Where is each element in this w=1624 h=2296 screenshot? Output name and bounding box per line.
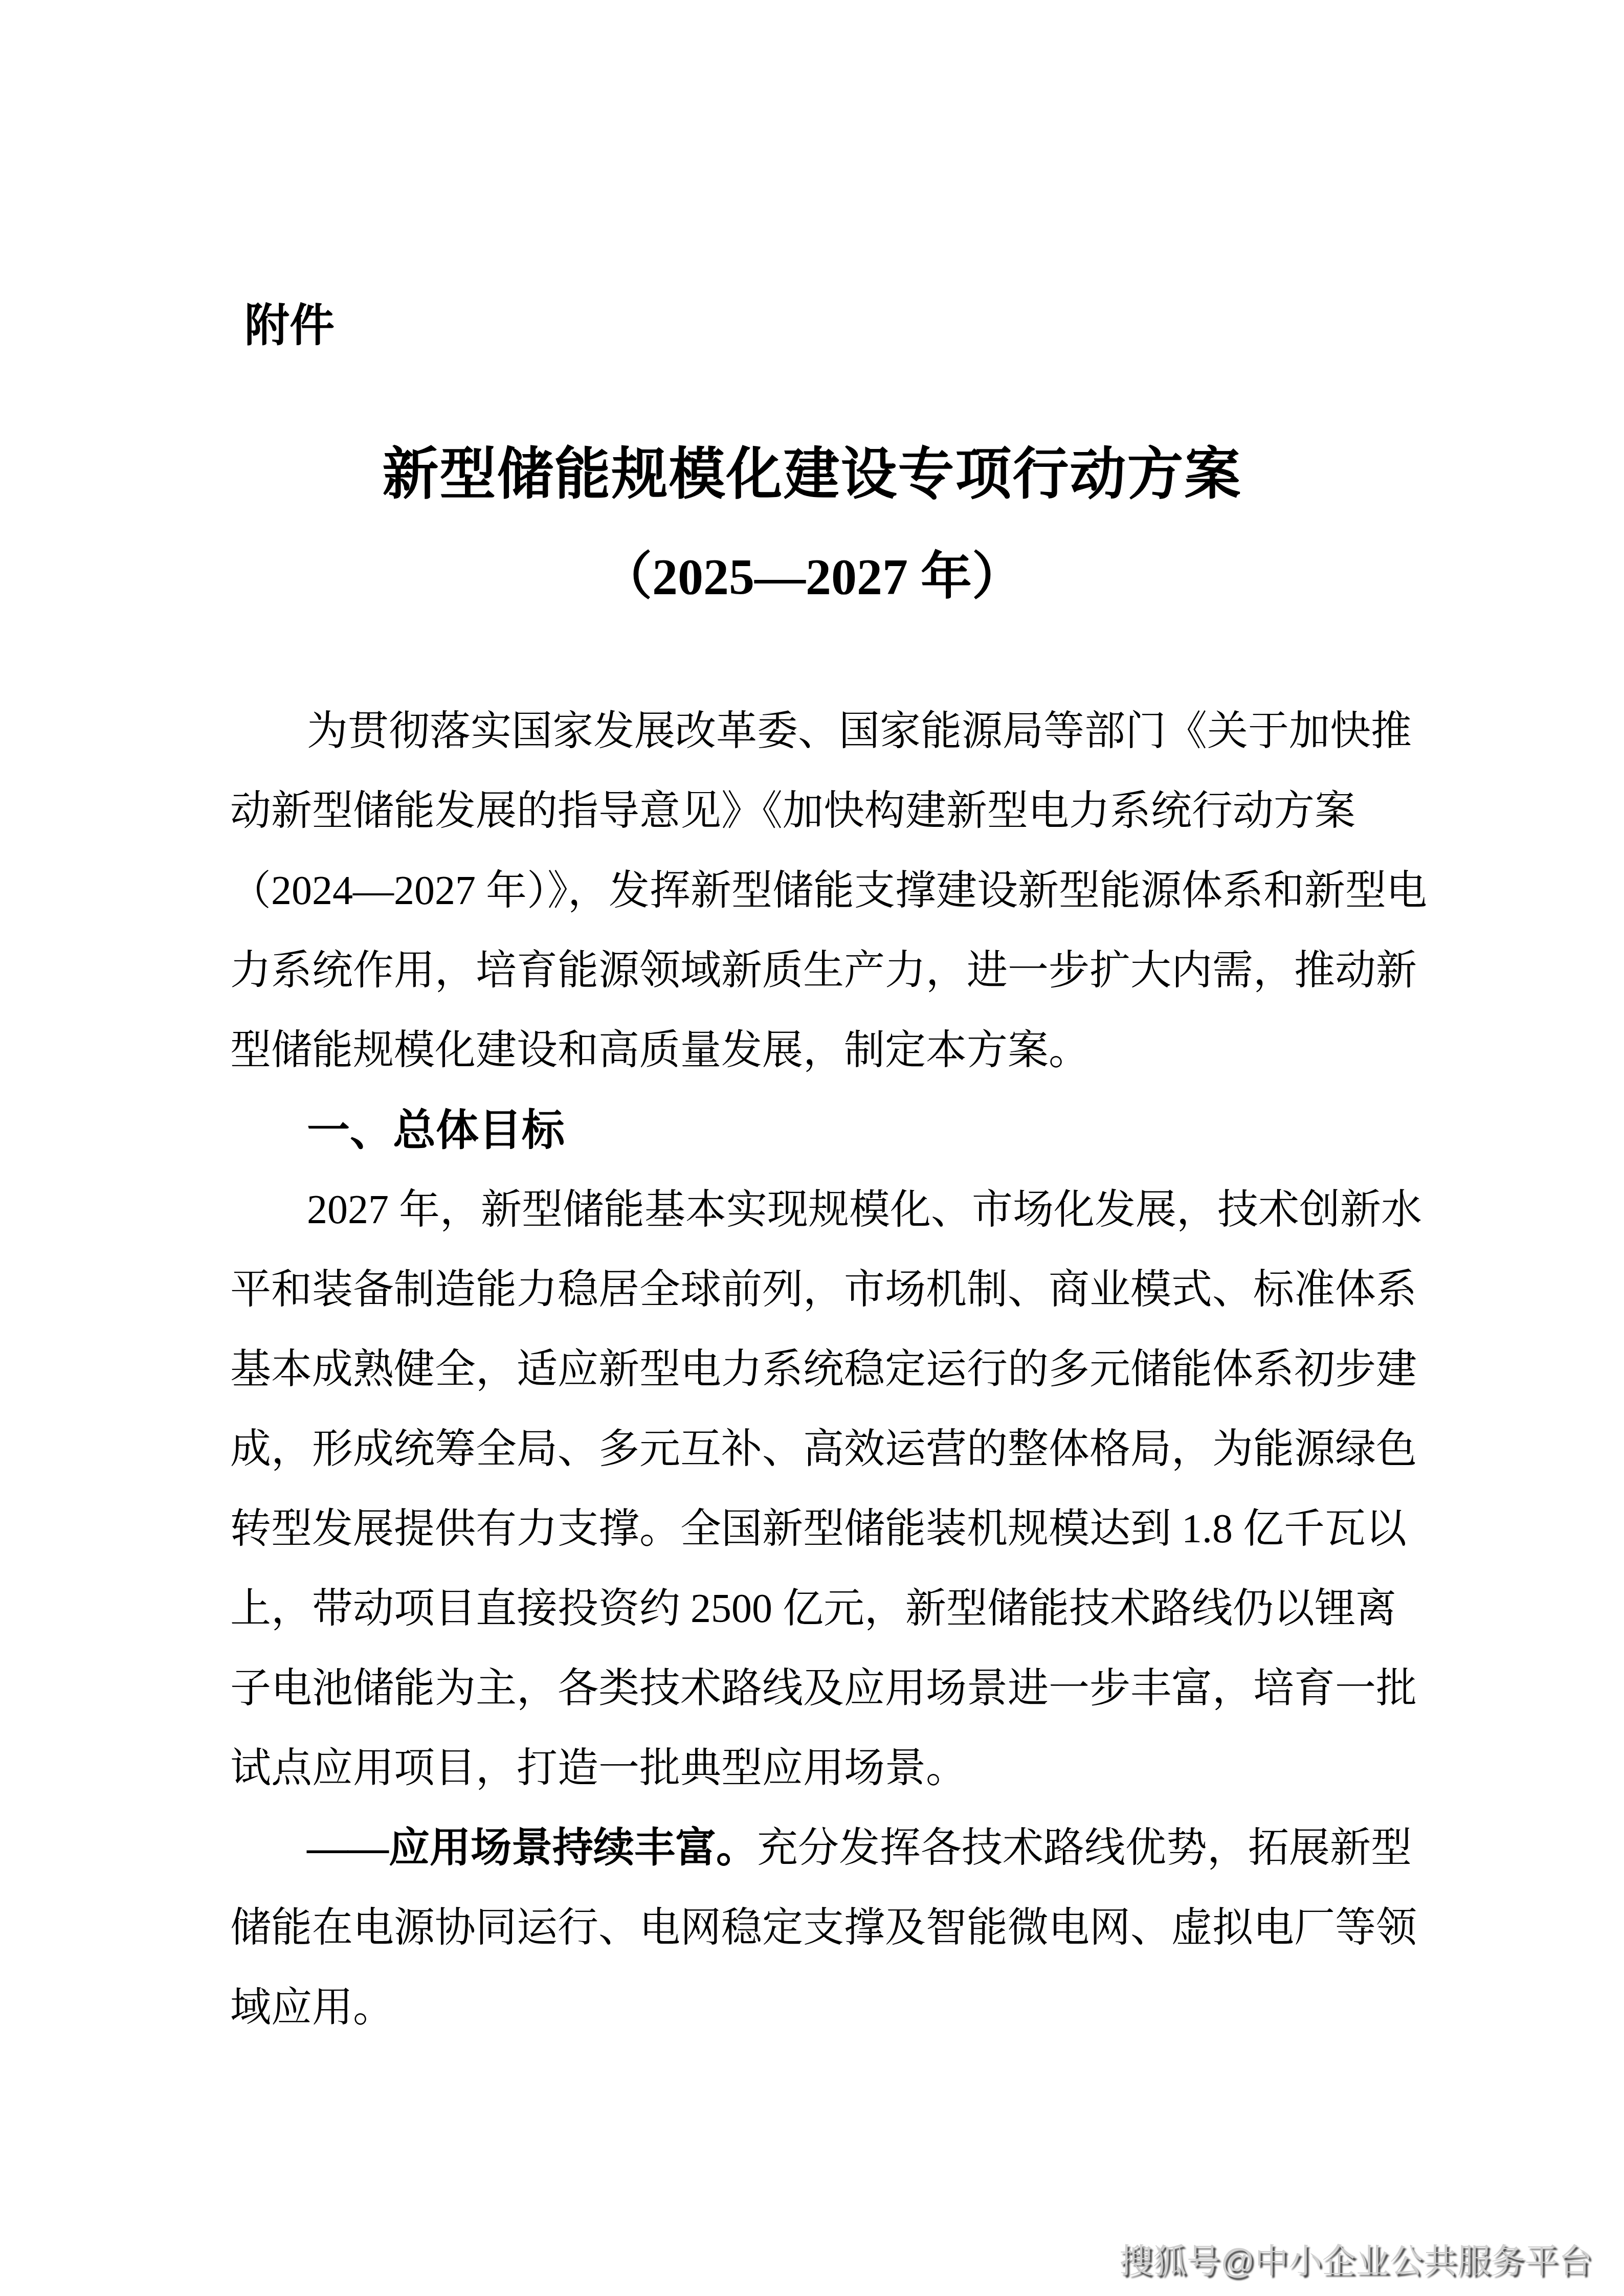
paragraph-1-line-2: 动新型储能发展的指导意见》《加快构建新型电力系统行动方案 [230,771,1430,851]
paragraph-1-line-3: （2024—2027 年）》，发挥新型储能支撑建设新型能源体系和新型电 [230,851,1430,931]
document-page: 附件 新型储能规模化建设专项行动方案 （2025—2027 年） 为贯彻落实国家… [0,0,1624,2296]
paragraph-3-line-3: 域应用。 [230,1968,1430,2047]
document-body: 为贯彻落实国家发展改革委、国家能源局等部门《关于加快推 动新型储能发展的指导意见… [230,691,1430,2047]
document-title: 新型储能规模化建设专项行动方案 [0,441,1624,508]
paragraph-2-line-4: 成，形成统筹全局、多元互补、高效运营的整体格局，为能源绿色 [230,1409,1430,1489]
attachment-label: 附件 [244,301,335,350]
paragraph-2-line-3: 基本成熟健全，适应新型电力系统稳定运行的多元储能体系初步建 [230,1330,1430,1409]
paragraph-2-line-5: 转型发展提供有力支撑。全国新型储能装机规模达到 1.8 亿千瓦以 [230,1489,1430,1569]
paragraph-2-line-1: 2027 年，新型储能基本实现规模化、市场化发展，技术创新水 [230,1170,1430,1250]
paragraph-3-line-1: ——应用场景持续丰富。充分发挥各技术路线优势，拓展新型 [230,1808,1430,1888]
paragraph-2-line-8: 试点应用项目，打造一批典型应用场景。 [230,1728,1430,1808]
paragraph-3-line-2: 储能在电源协同运行、电网稳定支撑及智能微电网、虚拟电厂等领 [230,1888,1430,1968]
paragraph-3-line-1-rest: 充分发挥各技术路线优势，拓展新型 [757,1826,1412,1871]
document-subtitle: （2025—2027 年） [0,546,1624,607]
paragraph-1-line-1: 为贯彻落实国家发展改革委、国家能源局等部门《关于加快推 [230,691,1430,771]
paragraph-2-line-2: 平和装备制造能力稳居全球前列，市场机制、商业模式、标准体系 [230,1250,1430,1330]
paragraph-2-line-6: 上，带动项目直接投资约 2500 亿元，新型储能技术路线仍以锂离 [230,1569,1430,1649]
paragraph-3-bold-lead: ——应用场景持续丰富。 [307,1826,757,1871]
section-heading-overall-goals: 一、总体目标 [230,1090,1430,1170]
paragraph-2-line-7: 子电池储能为主，各类技术路线及应用场景进一步丰富，培育一批 [230,1649,1430,1728]
paragraph-1-line-4: 力系统作用，培育能源领域新质生产力，进一步扩大内需，推动新 [230,931,1430,1010]
paragraph-1-line-5: 型储能规模化建设和高质量发展，制定本方案。 [230,1010,1430,1090]
watermark-sohu: 搜狐号@中小企业公共服务平台 [1119,2241,1592,2281]
